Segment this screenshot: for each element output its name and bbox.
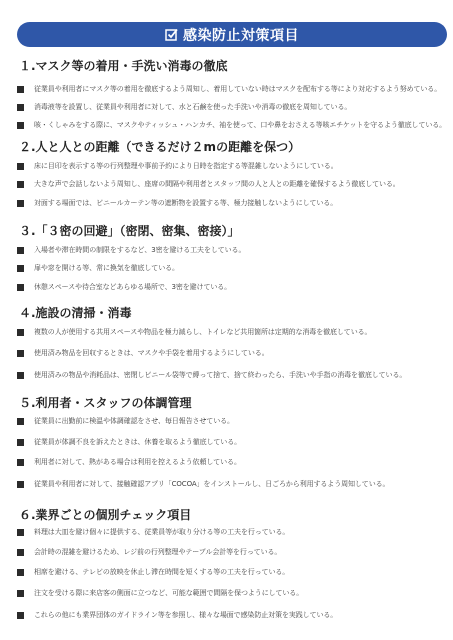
square-bullet-icon [17,439,24,446]
list-item: 床に目印を表示する等の行列整理や事前予約により日時を指定する等混雑しないようにし… [17,161,338,171]
section-heading: ４.施設の清掃・消毒 [19,304,132,321]
item-text: これらの他にも業界団体のガイドライン等を参照し、様々な場面で感染防止対策を実践し… [34,610,337,620]
list-item: 相席を避ける、テレビの放映を休止し滞在時間を短くする等の工夫を行っている。 [17,567,289,577]
square-bullet-icon [17,529,24,536]
item-text: 相席を避ける、テレビの放映を休止し滞在時間を短くする等の工夫を行っている。 [34,567,289,577]
square-bullet-icon [17,122,24,129]
section-heading: ６.業界ごとの個別チェック項目 [19,506,191,523]
square-bullet-icon [17,549,24,556]
list-item: 大きな声で会話しないよう周知し、座席の間隔や利用者とスタッフ間の人と人との距離を… [17,179,400,189]
list-item: 利用者に対して、熱がある場合は利用を控えるよう依頼している。 [17,457,241,467]
item-text: 注文を受ける際に来店客の側面に立つなど、可能な範囲で間隔を保つようにしている。 [34,588,303,598]
item-text: 料理は大皿を避け個々に提供する、従業員等が取り分ける等の工夫を行っている。 [34,527,289,537]
list-item: 従業員が体調不良を訴えたときは、休養を取るよう徹底している。 [17,437,241,447]
section-heading: １.マスク等の着用・手洗い消毒の徹底 [19,57,228,74]
checkbox-checked-icon [165,28,178,41]
item-text: 利用者に対して、熱がある場合は利用を控えるよう依頼している。 [34,457,241,467]
list-item: 料理は大皿を避け個々に提供する、従業員等が取り分ける等の工夫を行っている。 [17,527,289,537]
list-item: 会計時の混雑を避けるため、レジ前の行列整理やテーブル会計等を行っている。 [17,547,281,557]
square-bullet-icon [17,200,24,207]
item-text: 複数の人が使用する共用スペースや物品を極力減らし、トイレなど共用箇所は定期的な消… [34,327,371,337]
list-item: 使用済み物品を回収するときは、マスクや手袋を着用するようにしている。 [17,348,269,358]
item-text: 入場者や滞在時間の制限をするなど、3密を避ける工夫をしている。 [34,245,245,255]
square-bullet-icon [17,86,24,93]
square-bullet-icon [17,181,24,188]
item-text: 従業員に出勤前に検温や体調確認をさせ、毎日報告させている。 [34,416,234,426]
item-text: 使用済み物品を回収するときは、マスクや手袋を着用するようにしている。 [34,348,269,358]
section-heading: ３.「３密の回避」（密閉、密集、密接）」 [19,222,240,239]
item-text: 従業員や利用者にマスク等の着用を徹底するよう周知し、着用していない時はマスクを配… [34,84,441,94]
square-bullet-icon [17,350,24,357]
item-text: 従業員が体調不良を訴えたときは、休養を取るよう徹底している。 [34,437,241,447]
list-item: 注文を受ける際に来店客の側面に立つなど、可能な範囲で間隔を保つようにしている。 [17,588,303,598]
section-heading: ２.人と人との距離（できるだけ２mの距離を保つ） [19,138,300,155]
list-item: 扉や窓を開ける等、常に換気を徹底している。 [17,263,179,273]
square-bullet-icon [17,481,24,488]
item-text: 咳・くしゃみをする際に、マスクやティッシュ・ハンカチ、袖を使って、口や鼻をおさえ… [34,120,446,130]
page-title: 感染防止対策項目 [183,25,299,45]
square-bullet-icon [17,284,24,291]
list-item: 従業員や利用者に対して、接触確認アプリ「COCOA」をインストールし、日ごろから… [17,479,389,489]
list-item: 咳・くしゃみをする際に、マスクやティッシュ・ハンカチ、袖を使って、口や鼻をおさえ… [17,120,446,130]
square-bullet-icon [17,372,24,379]
section-heading: ５.利用者・スタッフの体調管理 [19,394,192,411]
square-bullet-icon [17,247,24,254]
list-item: 従業員に出勤前に検温や体調確認をさせ、毎日報告させている。 [17,416,234,426]
list-item: 入場者や滞在時間の制限をするなど、3密を避ける工夫をしている。 [17,245,245,255]
square-bullet-icon [17,418,24,425]
square-bullet-icon [17,612,24,619]
square-bullet-icon [17,590,24,597]
square-bullet-icon [17,265,24,272]
item-text: 休憩スペースや待合室などあらゆる場所で、3密を避けている。 [34,282,231,292]
square-bullet-icon [17,569,24,576]
list-item: 従業員や利用者にマスク等の着用を徹底するよう周知し、着用していない時はマスクを配… [17,84,441,94]
title-banner: 感染防止対策項目 [17,22,447,47]
item-text: 会計時の混雑を避けるため、レジ前の行列整理やテーブル会計等を行っている。 [34,547,281,557]
item-text: 扉や窓を開ける等、常に換気を徹底している。 [34,263,179,273]
item-text: 床に目印を表示する等の行列整理や事前予約により日時を指定する等混雑しないようにし… [34,161,338,171]
list-item: これらの他にも業界団体のガイドライン等を参照し、様々な場面で感染防止対策を実践し… [17,610,337,620]
item-text: 従業員や利用者に対して、接触確認アプリ「COCOA」をインストールし、日ごろから… [34,479,389,489]
square-bullet-icon [17,329,24,336]
item-text: 大きな声で会話しないよう周知し、座席の間隔や利用者とスタッフ間の人と人との距離を… [34,179,400,189]
list-item: 消毒液等を設置し、従業員や利用者に対して、水と石鹸を使った手洗いや消毒の徹底を周… [17,102,351,112]
item-text: 使用済みの物品や消耗品は、密閉しビニール袋等で縛って捨て、捨て終わったら、手洗い… [34,370,406,380]
list-item: 使用済みの物品や消耗品は、密閉しビニール袋等で縛って捨て、捨て終わったら、手洗い… [17,370,406,380]
item-text: 消毒液等を設置し、従業員や利用者に対して、水と石鹸を使った手洗いや消毒の徹底を周… [34,102,351,112]
item-text: 対面する場面では、ビニールカーテン等の遮断物を設置する等、極力接触しないようにし… [34,198,337,208]
list-item: 複数の人が使用する共用スペースや物品を極力減らし、トイレなど共用箇所は定期的な消… [17,327,371,337]
square-bullet-icon [17,163,24,170]
list-item: 対面する場面では、ビニールカーテン等の遮断物を設置する等、極力接触しないようにし… [17,198,337,208]
list-item: 休憩スペースや待合室などあらゆる場所で、3密を避けている。 [17,282,231,292]
square-bullet-icon [17,104,24,111]
square-bullet-icon [17,459,24,466]
